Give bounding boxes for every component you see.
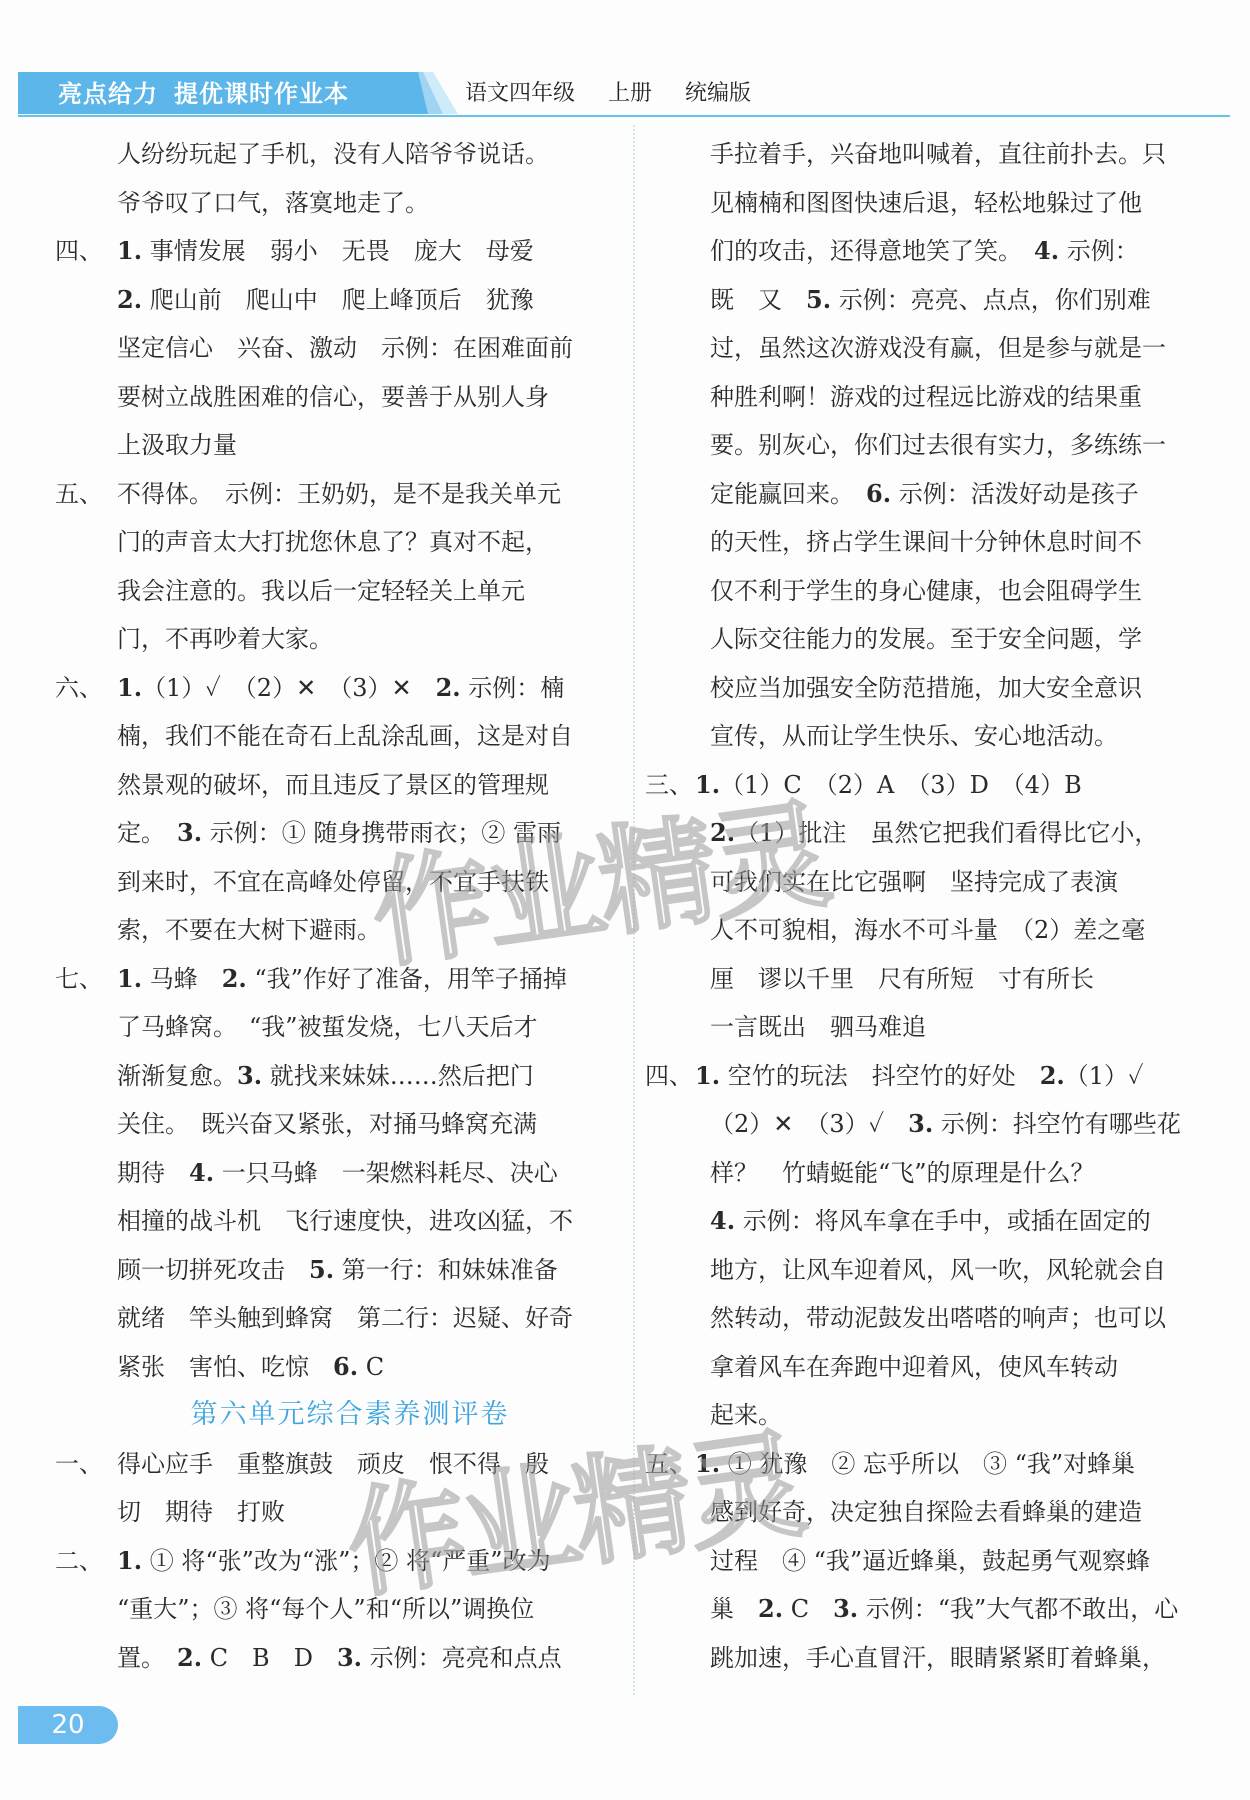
item-number: 2. (222, 964, 247, 993)
answer-line: 六、1.（1）✓ （2）✕ （3）✕ 2. 示例：楠 (55, 664, 615, 713)
answer-text: （1）C （2）A （3）D （4）B (720, 771, 1082, 799)
question-label: 二、 (55, 1537, 117, 1586)
answer-line: 七、1. 马蜂 2. “我”作好了准备，用竿子捅掉 (55, 955, 615, 1004)
brand-title: 亮点给力提优课时作业本 (58, 76, 349, 112)
answer-text: 可我们实在比它强啊 坚持完成了表演 (710, 868, 1118, 896)
item-number: 2. (758, 1594, 783, 1623)
answer-line: 五、不得体。 示例：王奶奶，是不是我关单元 (55, 470, 615, 519)
answer-text: 感到好奇，决定独自探险去看蜂巢的建造 (710, 1498, 1142, 1526)
answer-line: 要树立战胜困难的信心，要善于从别人身 (55, 373, 615, 422)
answer-text: 仅不利于学生的身心健康，也会阻碍学生 (710, 577, 1142, 605)
answer-line: 可我们实在比它强啊 坚持完成了表演 (660, 858, 1205, 907)
answer-line: 仅不利于学生的身心健康，也会阻碍学生 (660, 567, 1205, 616)
answer-text: 事情发展 弱小 无畏 庞大 母爱 (142, 237, 534, 265)
answer-line: 跳加速，手心直冒汗，眼睛紧紧盯着蜂巢， (660, 1634, 1205, 1683)
answer-line: 上汲取力量 (55, 421, 615, 470)
answer-text: 们的攻击，还得意地笑了笑。 (710, 237, 1034, 265)
answer-line: 定。 3. 示例：① 随身携带雨衣；② 雷雨 (55, 809, 615, 858)
answer-text: 坚定信心 兴奋、激动 示例：在困难面前 (117, 334, 573, 362)
answer-text: 就找来妹妹……然后把门 (262, 1062, 534, 1090)
answer-text: （2）✕ （3）✓ (710, 1110, 908, 1138)
answer-line: 就绪 竿头触到蜂窝 第二行：迟疑、好奇 (55, 1294, 615, 1343)
item-number: 2. (117, 285, 142, 314)
volume: 上册 (608, 81, 652, 106)
column-divider (633, 125, 635, 1695)
answer-line: 我会注意的。我以后一定轻轻关上单元 (55, 567, 615, 616)
answer-text: 爷爷叹了口气，落寞地走了。 (117, 189, 429, 217)
page-number-badge: 20 (18, 1706, 118, 1744)
answer-text: 到来时，不宜在高峰处停留，不宜手扶铁 (117, 868, 549, 896)
item-number: 5. (806, 285, 831, 314)
answer-line: 楠，我们不能在奇石上乱涂乱画，这是对自 (55, 712, 615, 761)
item-number: 4. (1034, 236, 1059, 265)
answer-text: 宣传，从而让学生快乐、安心地活动。 (710, 722, 1118, 750)
answer-line: 过，虽然这次游戏没有赢，但是参与就是一 (660, 324, 1205, 373)
answer-text: 跳加速，手心直冒汗，眼睛紧紧盯着蜂巢， (710, 1644, 1166, 1672)
answer-line: 过程 ④ “我”逼近蜂巢，鼓起勇气观察蜂 (660, 1537, 1205, 1586)
answer-line: 厘 谬以千里 尺有所短 寸有所长 (660, 955, 1205, 1004)
answer-line: 坚定信心 兴奋、激动 示例：在困难面前 (55, 324, 615, 373)
question-label: 六、 (55, 664, 117, 713)
answer-text: 得心应手 重整旗鼓 顽皮 恨不得 殷 (117, 1450, 549, 1478)
answer-text: 校应当加强安全防范措施，加大安全意识 (710, 674, 1142, 702)
item-number: 1. (695, 770, 720, 799)
answer-line: 种胜利啊！游戏的过程远比游戏的结果重 (660, 373, 1205, 422)
answer-text: 示例：亮亮和点点 (362, 1644, 562, 1672)
answer-line: 的天性，挤占学生课间十分钟休息时间不 (660, 518, 1205, 567)
answer-text: 紧张 害怕、吃惊 (117, 1353, 333, 1381)
answer-line: 人不可貌相，海水不可斗量 （2）差之毫 (660, 906, 1205, 955)
right-column: 手拉着手，兴奋地叫喊着，直往前扑去。只见楠楠和图图快速后退，轻松地躲过了他们的攻… (660, 130, 1205, 1682)
answer-line: 一、得心应手 重整旗鼓 顽皮 恨不得 殷 (55, 1440, 615, 1489)
answer-text: ① 犹豫 ② 忘乎所以 ③ “我”对蜂巢 (720, 1450, 1135, 1478)
answer-line: 4. 示例：将风车拿在手中，或插在固定的 (660, 1197, 1205, 1246)
item-number: 1. (117, 673, 142, 702)
answer-text: ① 将“张”改为“涨”；② 将“严重”改为 (142, 1547, 551, 1575)
edition: 统编版 (685, 81, 751, 106)
answer-line: 索，不要在大树下避雨。 (55, 906, 615, 955)
item-number: 3. (337, 1643, 362, 1672)
question-label: 七、 (55, 955, 117, 1004)
answer-line: 2.（1）批注 虽然它把我们看得比它小， (660, 809, 1205, 858)
answer-text: 示例：亮亮、点点，你们别难 (831, 286, 1151, 314)
answer-line: 定能赢回来。 6. 示例：活泼好动是孩子 (660, 470, 1205, 519)
answer-line: 四、1. 空竹的玩法 抖空竹的好处 2.（1）✓ (660, 1052, 1205, 1101)
question-label: 四、 (645, 1052, 695, 1101)
item-number: 2. (177, 1643, 202, 1672)
item-number: 2. (1040, 1061, 1065, 1090)
answer-text: 人纷纷玩起了手机，没有人陪爷爷说话。 (117, 140, 549, 168)
question-label: 一、 (55, 1440, 117, 1489)
answer-text: 的天性，挤占学生课间十分钟休息时间不 (710, 528, 1142, 556)
answer-text: 门的声音太大打扰您休息了？真对不起， (117, 528, 549, 556)
answer-text: 置。 (117, 1644, 177, 1672)
answer-text: 爬山前 爬山中 爬上峰顶后 犹豫 (142, 286, 534, 314)
answer-text: 顾一切拼死攻击 (117, 1256, 309, 1284)
answer-line: 到来时，不宜在高峰处停留，不宜手扶铁 (55, 858, 615, 907)
answer-text: 第一行：和妹妹准备 (334, 1256, 558, 1284)
answer-text: 示例：抖空竹有哪些花 (933, 1110, 1181, 1138)
left-column: 人纷纷玩起了手机，没有人陪爷爷说话。爷爷叹了口气，落寞地走了。四、1. 事情发展… (55, 130, 615, 1682)
answer-lines: 手拉着手，兴奋地叫喊着，直往前扑去。只见楠楠和图图快速后退，轻松地躲过了他们的攻… (660, 130, 1205, 1682)
item-number: 2. (710, 818, 735, 847)
answer-text: 人不可貌相，海水不可斗量 （2）差之毫 (710, 916, 1145, 944)
book-info: 语文四年级 上册 统编版 (465, 76, 777, 112)
question-label: 三、 (645, 761, 695, 810)
question-label: 五、 (55, 470, 117, 519)
answer-text: 定能赢回来。 (710, 480, 866, 508)
answer-line: “重大”；③ 将“每个人”和“所以”调换位 (55, 1585, 615, 1634)
answer-text: 就绪 竿头触到蜂窝 第二行：迟疑、好奇 (117, 1304, 573, 1332)
answer-line: （2）✕ （3）✓ 3. 示例：抖空竹有哪些花 (660, 1100, 1205, 1149)
answer-line: 2. 爬山前 爬山中 爬上峰顶后 犹豫 (55, 276, 615, 325)
answer-text: 相撞的战斗机 飞行速度快，进攻凶猛，不 (117, 1207, 573, 1235)
item-number: 6. (333, 1352, 358, 1381)
item-number: 1. (695, 1061, 720, 1090)
answer-text: 示例：将风车拿在手中，或插在固定的 (735, 1207, 1151, 1235)
answer-line: 门，不再吵着大家。 (55, 615, 615, 664)
answer-text: 期待 (117, 1159, 189, 1187)
item-number: 4. (189, 1158, 214, 1187)
answer-line: 手拉着手，兴奋地叫喊着，直往前扑去。只 (660, 130, 1205, 179)
answer-text: 空竹的玩法 抖空竹的好处 (720, 1062, 1040, 1090)
item-number: 2. (436, 673, 461, 702)
answer-text: C B D (202, 1644, 337, 1672)
answer-line: 关住。 既兴奋又紧张，对捅马蜂窝充满 (55, 1100, 615, 1149)
answer-line: 然景观的破坏，而且违反了景区的管理规 (55, 761, 615, 810)
item-number: 3. (833, 1594, 858, 1623)
answer-text: 我会注意的。我以后一定轻轻关上单元 (117, 577, 525, 605)
answer-line: 二、1. ① 将“张”改为“涨”；② 将“严重”改为 (55, 1537, 615, 1586)
answer-line: 人际交往能力的发展。至于安全问题，学 (660, 615, 1205, 664)
answer-text: 要。别灰心，你们过去很有实力，多练练一 (710, 431, 1166, 459)
answer-text: 马蜂 (142, 965, 222, 993)
answer-text: 门，不再吵着大家。 (117, 625, 333, 653)
answer-text: 过程 ④ “我”逼近蜂巢，鼓起勇气观察蜂 (710, 1547, 1150, 1575)
answer-text: 过，虽然这次游戏没有赢，但是参与就是一 (710, 334, 1166, 362)
answer-text: 巢 (710, 1595, 758, 1623)
answer-line: 门的声音太大打扰您休息了？真对不起， (55, 518, 615, 567)
item-number: 3. (908, 1109, 933, 1138)
item-number: 4. (710, 1206, 735, 1235)
answer-text: （1）批注 虽然它把我们看得比它小， (735, 819, 1158, 847)
answer-text: 定。 (117, 819, 177, 847)
answer-line: 校应当加强安全防范措施，加大安全意识 (660, 664, 1205, 713)
answer-text: 上汲取力量 (117, 431, 237, 459)
answer-text: 然景观的破坏，而且违反了景区的管理规 (117, 771, 549, 799)
section-title: 第六单元综合素养测评卷 (55, 1391, 615, 1440)
answer-text: 手拉着手，兴奋地叫喊着，直往前扑去。只 (710, 140, 1166, 168)
answer-text: 示例：① 随身携带雨衣；② 雷雨 (202, 819, 561, 847)
answer-text: 样？ 竹蜻蜓能“飞”的原理是什么？ (710, 1159, 1095, 1187)
answer-line: 宣传，从而让学生快乐、安心地活动。 (660, 712, 1205, 761)
answer-text: 然转动，带动泥鼓发出嗒嗒的响声；也可以 (710, 1304, 1166, 1332)
answer-text: 索，不要在大树下避雨。 (117, 916, 381, 944)
answer-text: 关住。 既兴奋又紧张，对捅马蜂窝充满 (117, 1110, 537, 1138)
answer-line: 切 期待 打败 (55, 1488, 615, 1537)
answer-text: 一言既出 驷马难追 (710, 1013, 926, 1041)
answer-line: 渐渐复愈。3. 就找来妹妹……然后把门 (55, 1052, 615, 1101)
answer-line: 了马蜂窝。 “我”被蜇发烧，七八天后才 (55, 1003, 615, 1052)
item-number: 5. (309, 1255, 334, 1284)
answer-line: 然转动，带动泥鼓发出嗒嗒的响声；也可以 (660, 1294, 1205, 1343)
answer-text: 渐渐复愈。 (117, 1062, 237, 1090)
answer-text: 拿着风车在奔跑中迎着风，使风车转动 (710, 1353, 1118, 1381)
answer-text: 见楠楠和图图快速后退，轻松地躲过了他 (710, 189, 1142, 217)
answer-line: 置。 2. C B D 3. 示例：亮亮和点点 (55, 1634, 615, 1683)
item-number: 1. (117, 1546, 142, 1575)
answer-line: 巢 2. C 3. 示例：“我”大气都不敢出，心 (660, 1585, 1205, 1634)
answer-lines: 人纷纷玩起了手机，没有人陪爷爷说话。爷爷叹了口气，落寞地走了。四、1. 事情发展… (55, 130, 615, 1391)
answer-text: 示例：活泼好动是孩子 (891, 480, 1139, 508)
answer-text: “我”作好了准备，用竿子捅掉 (247, 965, 567, 993)
answer-text: “重大”；③ 将“每个人”和“所以”调换位 (117, 1595, 534, 1623)
answer-line: 一言既出 驷马难追 (660, 1003, 1205, 1052)
answer-line: 既 又 5. 示例：亮亮、点点，你们别难 (660, 276, 1205, 325)
item-number: 1. (695, 1449, 720, 1478)
answer-line: 们的攻击，还得意地笑了笑。 4. 示例： (660, 227, 1205, 276)
answer-text: （1）✓ (1065, 1062, 1144, 1090)
item-number: 3. (237, 1061, 262, 1090)
answer-text: 厘 谬以千里 尺有所短 寸有所长 (710, 965, 1094, 993)
answer-text: 要树立战胜困难的信心，要善于从别人身 (117, 383, 549, 411)
answer-line: 起来。 (660, 1391, 1205, 1440)
answer-text: 种胜利啊！游戏的过程远比游戏的结果重 (710, 383, 1142, 411)
answer-text: 地方，让风车迎着风，风一吹，风轮就会自 (710, 1256, 1166, 1284)
brand-series: 提优课时作业本 (174, 80, 349, 108)
answer-line: 三、1.（1）C （2）A （3）D （4）B (660, 761, 1205, 810)
answer-text: 不得体。 示例：王奶奶，是不是我关单元 (117, 480, 561, 508)
answer-text: 起来。 (710, 1401, 782, 1429)
brand-name: 亮点给力 (58, 80, 158, 108)
answer-text: 示例：楠 (461, 674, 565, 702)
answer-text: 楠，我们不能在奇石上乱涂乱画，这是对自 (117, 722, 573, 750)
answer-text: 既 又 (710, 286, 806, 314)
answer-text: 人际交往能力的发展。至于安全问题，学 (710, 625, 1142, 653)
answer-line: 爷爷叹了口气，落寞地走了。 (55, 179, 615, 228)
item-number: 6. (866, 479, 891, 508)
subject-grade: 语文四年级 (465, 81, 575, 106)
answer-line: 感到好奇，决定独自探险去看蜂巢的建造 (660, 1488, 1205, 1537)
answer-line: 人纷纷玩起了手机，没有人陪爷爷说话。 (55, 130, 615, 179)
item-number: 1. (117, 964, 142, 993)
answer-line: 四、1. 事情发展 弱小 无畏 庞大 母爱 (55, 227, 615, 276)
answer-text: C (783, 1595, 833, 1623)
answer-line: 相撞的战斗机 飞行速度快，进攻凶猛，不 (55, 1197, 615, 1246)
item-number: 3. (177, 818, 202, 847)
header-rule (18, 115, 1230, 117)
item-number: 1. (117, 236, 142, 265)
answer-lines-after-title: 一、得心应手 重整旗鼓 顽皮 恨不得 殷切 期待 打败二、1. ① 将“张”改为… (55, 1440, 615, 1683)
answer-line: 拿着风车在奔跑中迎着风，使风车转动 (660, 1343, 1205, 1392)
answer-line: 顾一切拼死攻击 5. 第一行：和妹妹准备 (55, 1246, 615, 1295)
answer-line: 紧张 害怕、吃惊 6. C (55, 1343, 615, 1392)
answer-line: 要。别灰心，你们过去很有实力，多练练一 (660, 421, 1205, 470)
answer-line: 期待 4. 一只马蜂 一架燃料耗尽、决心 (55, 1149, 615, 1198)
answer-text: 一只马蜂 一架燃料耗尽、决心 (214, 1159, 558, 1187)
answer-text: C (358, 1353, 384, 1381)
answer-text: 示例：“我”大气都不敢出，心 (858, 1595, 1178, 1623)
answer-text: 了马蜂窝。 “我”被蜇发烧，七八天后才 (117, 1013, 538, 1041)
answer-line: 见楠楠和图图快速后退，轻松地躲过了他 (660, 179, 1205, 228)
answer-line: 五、1. ① 犹豫 ② 忘乎所以 ③ “我”对蜂巢 (660, 1440, 1205, 1489)
answer-line: 样？ 竹蜻蜓能“飞”的原理是什么？ (660, 1149, 1205, 1198)
answer-text: 切 期待 打败 (117, 1498, 285, 1526)
answer-text: 示例： (1059, 237, 1139, 265)
answer-text: （1）✓ （2）✕ （3）✕ (142, 674, 436, 702)
question-label: 五、 (645, 1440, 695, 1489)
question-label: 四、 (55, 227, 117, 276)
answer-line: 地方，让风车迎着风，风一吹，风轮就会自 (660, 1246, 1205, 1295)
